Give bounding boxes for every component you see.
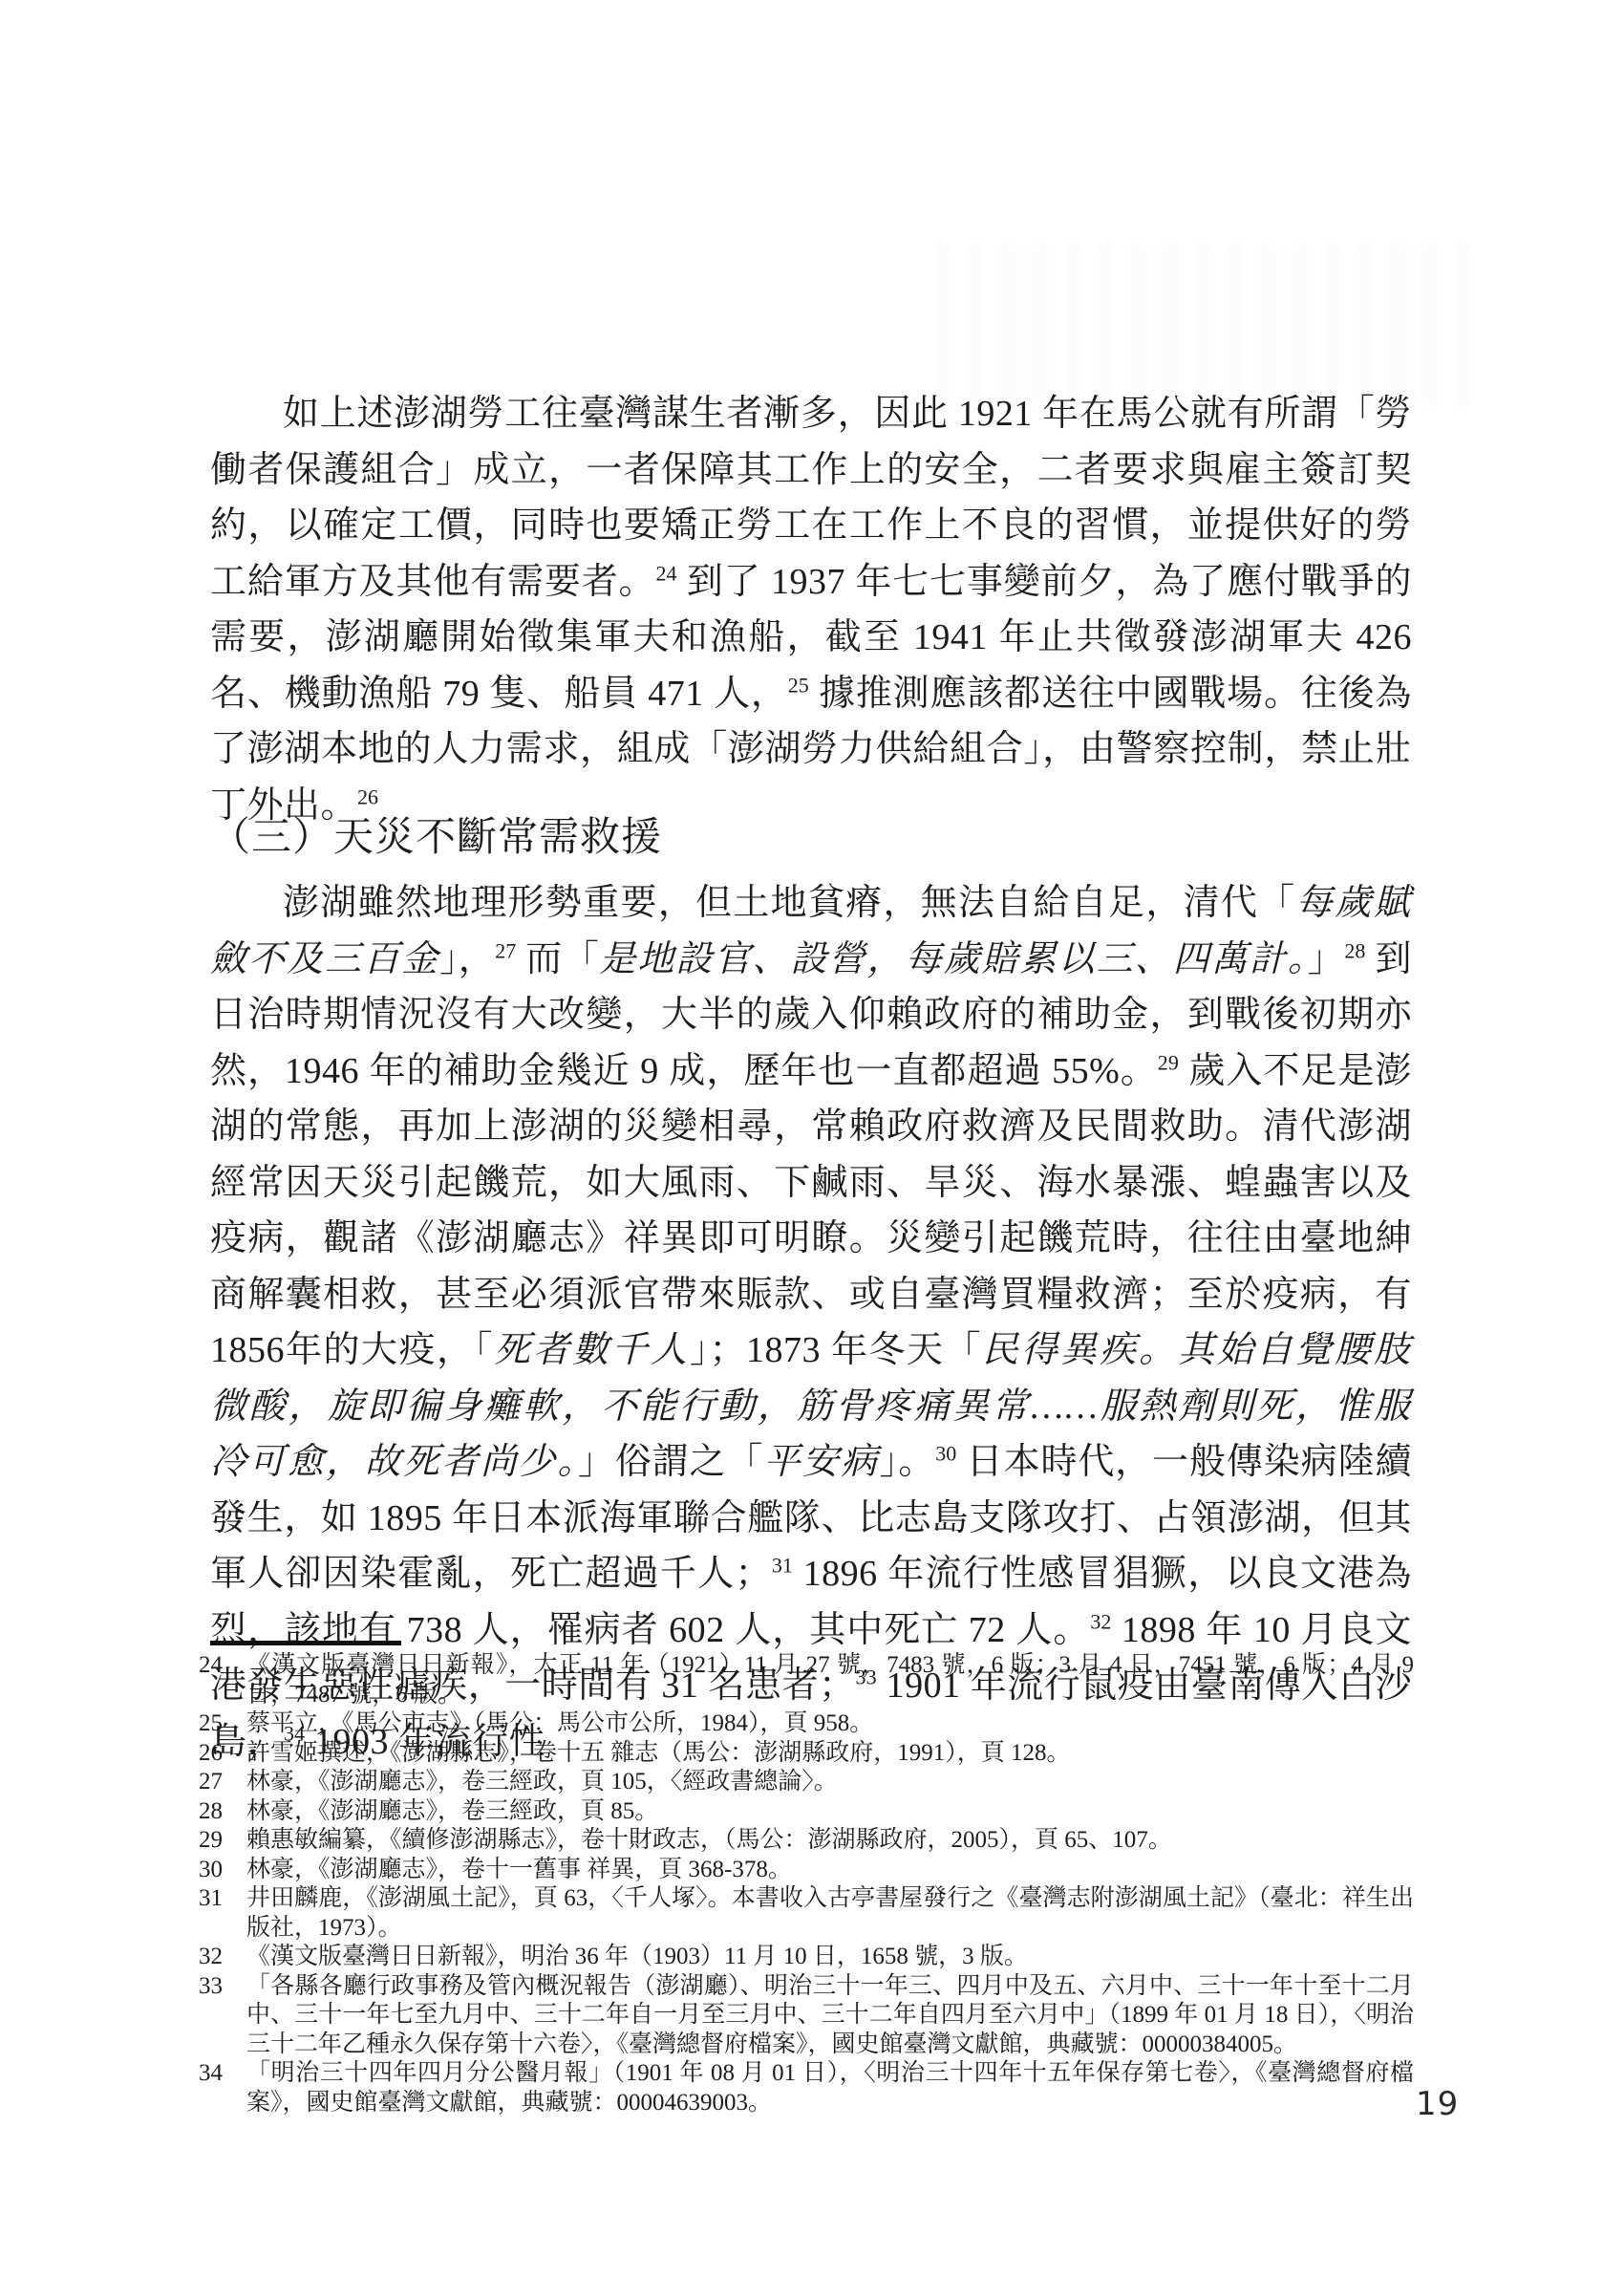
footnote-item: 31 井田麟鹿，《澎湖風土記》，頁 63，〈千人塚〉。本書收入古亭書屋發行之《臺…: [199, 1884, 1414, 1943]
footnote-item: 32 《漢文版臺灣日日新報》，明治 36 年（1903）11 月 10 日，16…: [199, 1943, 1414, 1972]
footnote-text: 林豪，《澎湖廳志》，卷三經政，頁 85。: [246, 1798, 658, 1824]
footnote-text: 林豪，《澎湖廳志》，卷三經政，頁 105，〈經政書總論〉。: [246, 1769, 838, 1794]
footnote-number: 26: [199, 1739, 241, 1769]
footnote-reference: 29: [1158, 1050, 1179, 1074]
footnote-number: 31: [199, 1884, 241, 1914]
footnote-number: 33: [199, 1972, 241, 2002]
footnote-reference: 30: [935, 1441, 956, 1465]
footnote-item: 26 許雪姬撰述，《澎湖縣志》，卷十五 雜志（馬公：澎湖縣政府，1991），頁 …: [199, 1739, 1414, 1769]
footnote-reference: 32: [1090, 1609, 1111, 1633]
text-run: 而「: [516, 939, 599, 979]
footnote-text: 「明治三十四年四月分公醫月報」（1901 年 08 月 01 日），〈明治三十四…: [246, 2060, 1414, 2116]
text-run: 死者數千人: [494, 1330, 690, 1370]
footnote-item: 30 林豪，《澎湖廳志》，卷十一舊事 祥異，頁 368-378。: [199, 1856, 1414, 1885]
body-paragraph-2: 澎湖雖然地理形勢重要，但土地貧瘠，無法自給自足，清代「每歲賦斂不及三百金」，27…: [210, 875, 1412, 1770]
footnote-text: 蔡平立，《馬公市志》（馬公：馬公市公所，1984），頁 958。: [246, 1710, 873, 1736]
body-paragraph-1: 如上述澎湖勞工往臺灣謀生者漸多，因此 1921 年在馬公就有所謂「勞働者保護組合…: [210, 386, 1412, 833]
text-run: 」，: [439, 939, 495, 979]
text-run: 」。: [879, 1442, 935, 1482]
footnote-reference: 26: [357, 784, 378, 808]
footnote-item: 27 林豪，《澎湖廳志》，卷三經政，頁 105，〈經政書總論〉。: [199, 1768, 1414, 1797]
footnote-reference: 24: [655, 561, 676, 585]
footnote-text: 井田麟鹿，《澎湖風土記》，頁 63，〈千人塚〉。本書收入古亭書屋發行之《臺灣志附…: [246, 1885, 1414, 1941]
text-run: 平安病: [763, 1442, 879, 1482]
footnote-item: 24 《漢文版臺灣日日新報》，大正 11 年（1921）11 月 27 號，74…: [199, 1651, 1414, 1709]
footnote-item: 34 「明治三十四年四月分公醫月報」（1901 年 08 月 01 日），〈明治…: [199, 2059, 1414, 2117]
text-run: 」: [1308, 939, 1345, 979]
section-heading: （三）天災不斷常需救援: [210, 814, 662, 862]
footnote-text: 許雪姬撰述，《澎湖縣志》，卷十五 雜志（馬公：澎湖縣政府，1991），頁 128…: [246, 1740, 1071, 1766]
footnote-reference: 25: [788, 673, 809, 697]
footnote-item: 25 蔡平立，《馬公市志》（馬公：馬公市公所，1984），頁 958。: [199, 1709, 1414, 1739]
footnote-number: 25: [199, 1709, 241, 1739]
footnote-item: 28 林豪，《澎湖廳志》，卷三經政，頁 85。: [199, 1797, 1414, 1827]
footnote-text: 林豪，《澎湖廳志》，卷十一舊事 祥異，頁 368-378。: [246, 1857, 792, 1882]
footnote-item: 33 「各縣各廳行政事務及管內概況報告（澎湖廳）、明治三十一年三、四月中及五、六…: [199, 1972, 1414, 2060]
footnote-number: 24: [199, 1651, 241, 1681]
footnote-number: 29: [199, 1826, 241, 1856]
footnote-text: 「各縣各廳行政事務及管內概況報告（澎湖廳）、明治三十一年三、四月中及五、六月中、…: [246, 1973, 1414, 2057]
footnote-separator: [210, 1641, 401, 1645]
footnote-text: 《漢文版臺灣日日新報》，明治 36 年（1903）11 月 10 日，1658 …: [246, 1944, 1028, 1969]
footnote-number: 27: [199, 1768, 241, 1797]
footnote-number: 30: [199, 1856, 241, 1885]
footnote-text: 賴惠敏編纂，《續修澎湖縣志》，卷十財政志，（馬公：澎湖縣政府，2005），頁 6…: [246, 1827, 1172, 1853]
text-run: 歲入不足是澎湖的常態，再加上澎湖的災變相尋，常賴政府救濟及民間救助。清代澎湖經常…: [210, 1051, 1412, 1371]
text-run: 」俗謂之「: [578, 1442, 763, 1482]
footnote-number: 32: [199, 1943, 241, 1972]
footnote-list: 24 《漢文版臺灣日日新報》，大正 11 年（1921）11 月 27 號，74…: [199, 1651, 1414, 2117]
footnote-number: 34: [199, 2059, 241, 2089]
footnote-reference: 31: [772, 1553, 793, 1577]
footnote-reference: 27: [495, 938, 516, 962]
page-number: 19: [1416, 2085, 1459, 2123]
text-run: 澎湖雖然地理形勢重要，但土地貧瘠，無法自給自足，清代「: [283, 883, 1295, 923]
document-page: 如上述澎湖勞工往臺灣謀生者漸多，因此 1921 年在馬公就有所謂「勞働者保護組合…: [0, 0, 1624, 2278]
footnote-number: 28: [199, 1797, 241, 1827]
footnote-item: 29 賴惠敏編纂，《續修澎湖縣志》，卷十財政志，（馬公：澎湖縣政府，2005），…: [199, 1826, 1414, 1856]
footnote-reference: 28: [1344, 938, 1365, 962]
page-bleedthrough: [936, 244, 1471, 406]
text-run: 是地設官、設營，每歲賠累以三、四萬計。: [599, 939, 1308, 979]
footnote-text: 《漢文版臺灣日日新報》，大正 11 年（1921）11 月 27 號，7483 …: [246, 1652, 1414, 1708]
text-run: 」；1873 年冬天「: [690, 1330, 982, 1370]
